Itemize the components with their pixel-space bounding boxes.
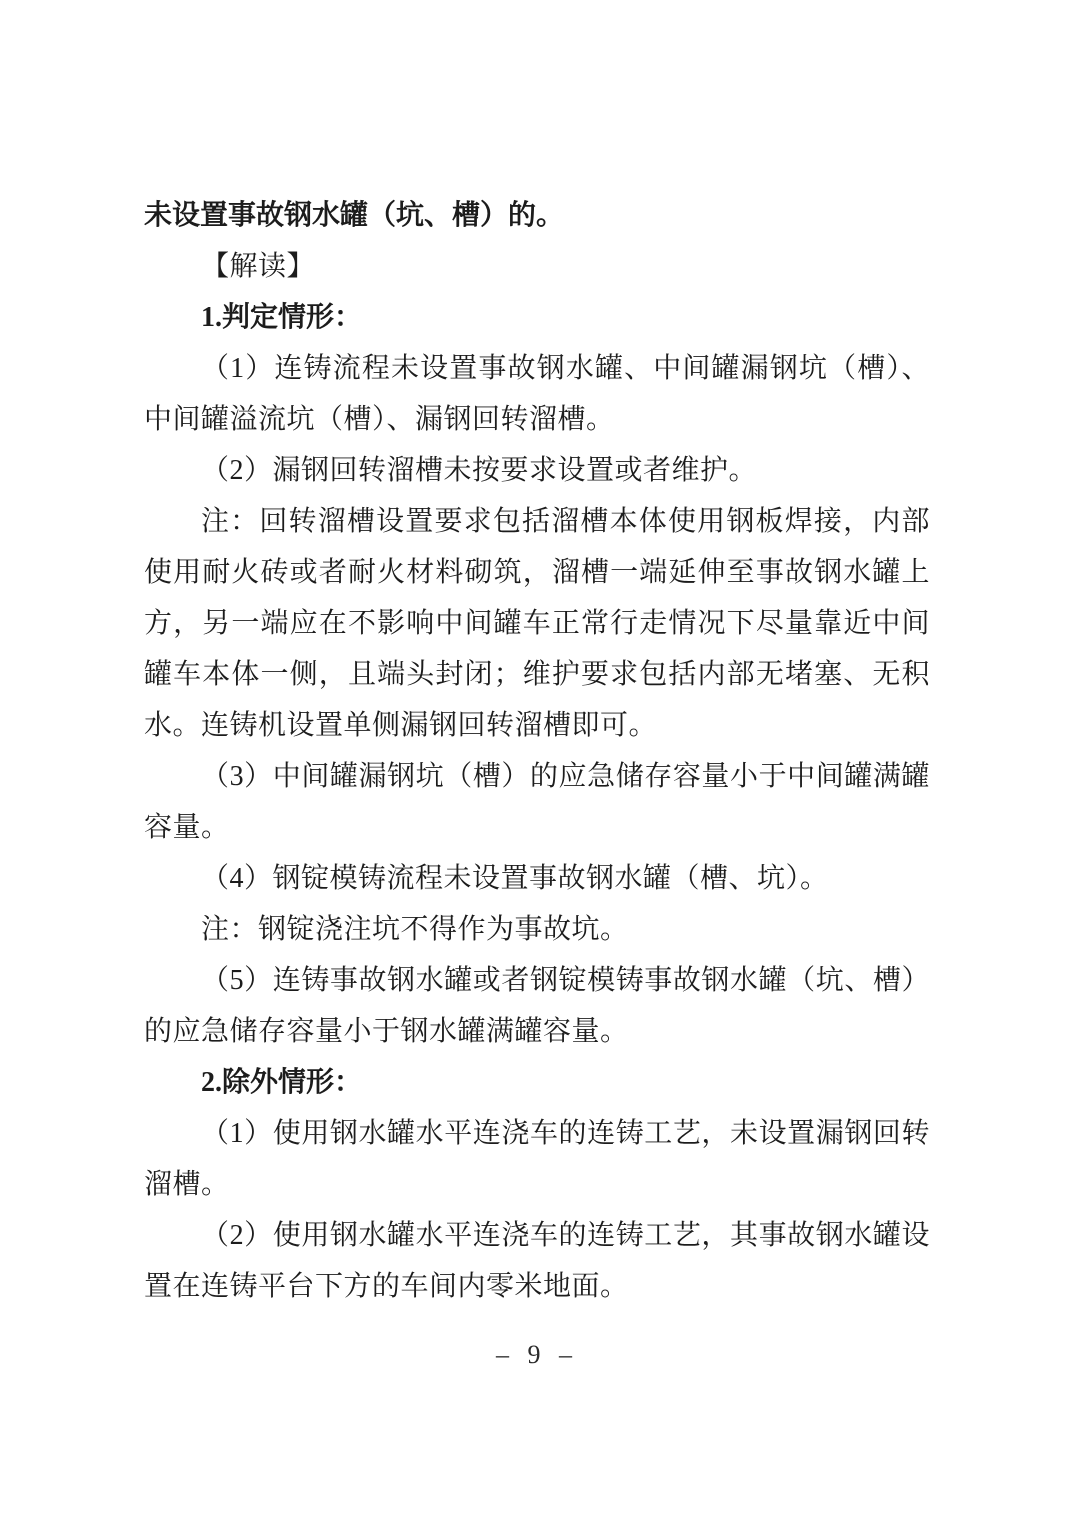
text-line: （5）连铸事故钢水罐或者钢锭模铸事故钢水罐（坑、槽） (144, 955, 930, 1006)
text-line: 溜槽。 (144, 1159, 930, 1210)
text-line: （3）中间罐漏钢坑（槽）的应急储存容量小于中间罐满罐 (144, 751, 930, 802)
text-line: 注：回转溜槽设置要求包括溜槽本体使用钢板焊接，内部 (144, 496, 930, 547)
text-line: （2）使用钢水罐水平连浇车的连铸工艺，其事故钢水罐设 (144, 1210, 930, 1261)
text-line: 的应急储存容量小于钢水罐满罐容量。 (144, 1006, 930, 1057)
text-line: 水。连铸机设置单侧漏钢回转溜槽即可。 (144, 700, 930, 751)
text-line: 置在连铸平台下方的车间内零米地面。 (144, 1261, 930, 1312)
text-line: 中间罐溢流坑（槽）、漏钢回转溜槽。 (144, 394, 930, 445)
text-line: （1）连铸流程未设置事故钢水罐、中间罐漏钢坑（槽）、 (144, 343, 930, 394)
text-line: 容量。 (144, 802, 930, 853)
text-line: 罐车本体一侧，且端头封闭；维护要求包括内部无堵塞、无积 (144, 649, 930, 700)
page-number: – 9 – (0, 1340, 1074, 1370)
text-line: 2.除外情形： (144, 1057, 930, 1108)
text-line: （2）漏钢回转溜槽未按要求设置或者维护。 (144, 445, 930, 496)
text-line: （4）钢锭模铸流程未设置事故钢水罐（槽、坑）。 (144, 853, 930, 904)
text-line: 使用耐火砖或者耐火材料砌筑，溜槽一端延伸至事故钢水罐上 (144, 547, 930, 598)
text-line: 方，另一端应在不影响中间罐车正常行走情况下尽量靠近中间 (144, 598, 930, 649)
text-line: （1）使用钢水罐水平连浇车的连铸工艺，未设置漏钢回转 (144, 1108, 930, 1159)
text-line: 【解读】 (144, 241, 930, 292)
text-block: 未设置事故钢水罐（坑、槽）的。【解读】1.判定情形：（1）连铸流程未设置事故钢水… (144, 190, 930, 1312)
document-page: 未设置事故钢水罐（坑、槽）的。【解读】1.判定情形：（1）连铸流程未设置事故钢水… (0, 0, 1074, 1520)
text-line: 注：钢锭浇注坑不得作为事故坑。 (144, 904, 930, 955)
text-line: 1.判定情形： (144, 292, 930, 343)
text-line: 未设置事故钢水罐（坑、槽）的。 (144, 190, 930, 241)
